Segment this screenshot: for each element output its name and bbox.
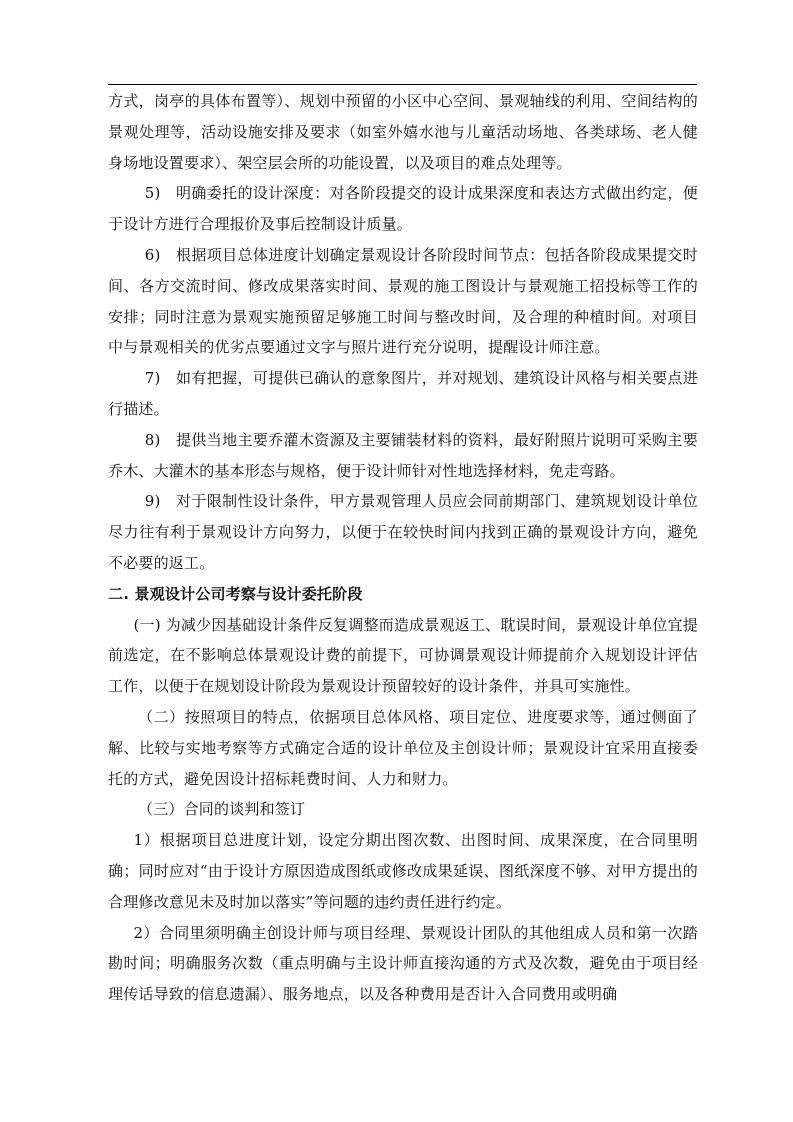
paragraph-section2-2: （二）按照项目的特点，依据项目总体风格、项目定位、进度要求等，通过侧面了解、比较… (108, 702, 698, 794)
header-rule (108, 84, 697, 85)
paragraph-section2-1: (一) 为减少因基础设计条件反复调整而造成景观返工、耽误时间，景观设计单位宜提前… (108, 610, 698, 702)
paragraph-section2-3-title: （三）合同的谈判和签订 (108, 794, 698, 825)
document-body: 方式，岗亭的具体布置等）、规划中预留的小区中心空间、景观轴线的利用、空间结构的景… (108, 86, 698, 1010)
document-page: 方式，岗亭的具体布置等）、规划中预留的小区中心空间、景观轴线的利用、空间结构的景… (0, 0, 793, 1122)
paragraph-section2-3-item-1: 1）根据项目总进度计划，设定分期出图次数、出图时间、成果深度，在合同里明确；同时… (108, 825, 698, 917)
paragraph-item-7: 7) 如有把握，可提供已确认的意象图片，并对规划、建筑设计风格与相关要点进行描述… (108, 363, 698, 425)
section-heading-2: 二. 景观设计公司考察与设计委托阶段 (108, 579, 698, 610)
paragraph-item-6: 6) 根据项目总体进度计划确定景观设计各阶段时间节点：包括各阶段成果提交时间、各… (108, 240, 698, 363)
paragraph-item-5: 5) 明确委托的设计深度：对各阶段提交的设计成果深度和表达方式做出约定，便于设计… (108, 178, 698, 240)
paragraph-item-9: 9) 对于限制性设计条件，甲方景观管理人员应会同前期部门、建筑规划设计单位尽力往… (108, 486, 698, 578)
paragraph-continued: 方式，岗亭的具体布置等）、规划中预留的小区中心空间、景观轴线的利用、空间结构的景… (108, 86, 698, 178)
paragraph-item-8: 8) 提供当地主要乔灌木资源及主要铺装材料的资料，最好附照片说明可采购主要乔木、… (108, 425, 698, 487)
paragraph-section2-3-item-2: 2）合同里须明确主创设计师与项目经理、景观设计团队的其他组成人员和第一次踏勘时间… (108, 918, 698, 1010)
